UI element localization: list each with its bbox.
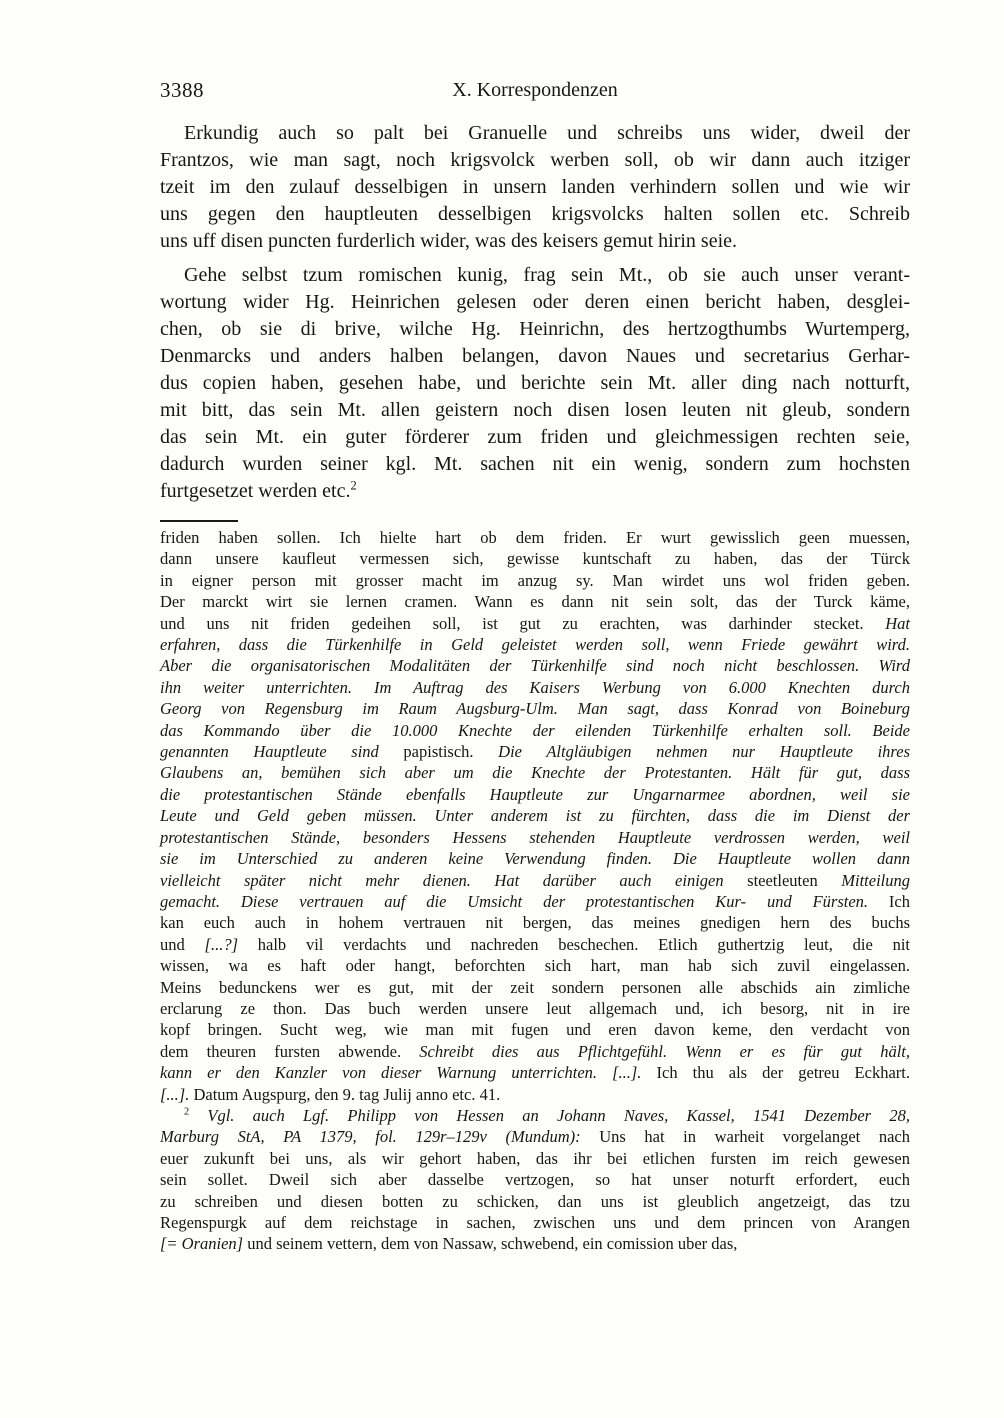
text-line: gemacht. Diese vertrauen auf die Umsicht… — [160, 891, 910, 912]
text-segment: Mitteilung — [841, 871, 910, 890]
text-segment: sie im Unterschied zu anderen keine Verw… — [160, 849, 910, 868]
text-line: vielleicht später nicht mehr dienen. Hat… — [160, 870, 910, 891]
text-segment: in eigner person mit grosser macht im an… — [160, 571, 910, 590]
text-segment: und uns nit friden gedeihen soll, ist gu… — [160, 614, 885, 633]
text-line: euer zukunft bei uns, als wir gehort hab… — [160, 1148, 910, 1169]
text-segment: [...?] — [205, 935, 238, 954]
text-line: das sein Mt. ein guter förderer zum frid… — [160, 424, 910, 451]
main-text: Erkundig auch so palt bei Granuelle und … — [160, 120, 910, 505]
text-line: Meins bedunckens wer es gut, mit der zei… — [160, 977, 910, 998]
text-segment: dann unsere kaufleut vermessen sich, gew… — [160, 549, 910, 568]
body-paragraph: Erkundig auch so palt bei Granuelle und … — [160, 120, 910, 255]
text-line: und uns nit friden gedeihen soll, ist gu… — [160, 613, 910, 634]
text-segment: Denmarcks und anders halben belangen, da… — [160, 345, 910, 367]
text-segment: Der marckt wirt sie lernen cramen. Wann … — [160, 592, 910, 611]
text-line: Gehe selbst tzum romischen kunig, frag s… — [160, 262, 910, 289]
text-segment: steetleuten — [747, 871, 841, 890]
text-line: uns gegen den hauptleuten desselbigen kr… — [160, 201, 910, 228]
footnote-reference: 2 — [350, 478, 356, 492]
text-segment: kopf bringen. Sucht weg, wie man mit fug… — [160, 1020, 910, 1039]
text-segment: ihn weiter unterrichten. Im Auftrag des … — [160, 678, 910, 697]
text-line: in eigner person mit grosser macht im an… — [160, 570, 910, 591]
text-line: sie im Unterschied zu anderen keine Verw… — [160, 848, 910, 869]
footnote-continuation: friden haben sollen. Ich hielte hart ob … — [160, 527, 910, 1105]
text-segment: mit bitt, das sein Mt. allen geistern no… — [160, 399, 910, 421]
page-number: 3388 — [160, 78, 204, 103]
book-page: 3388 X. Korrespondenzen Erkundig auch so… — [0, 0, 1004, 1418]
text-segment: furtgesetzet werden etc. — [160, 480, 350, 502]
text-line: uns uff disen puncten furderlich wider, … — [160, 228, 910, 255]
text-segment: Die Altgläubigen nehmen nur Hauptleute i… — [498, 742, 910, 761]
text-segment: Regenspurgk auf dem reichstage in sachen… — [160, 1213, 910, 1232]
text-line: kan euch auch in hohem vertrauen nit ber… — [160, 912, 910, 933]
text-line: dadurch wurden seiner kgl. Mt. sachen ni… — [160, 451, 910, 478]
footnotes-section: friden haben sollen. Ich hielte hart ob … — [160, 527, 910, 1255]
text-segment: papistisch. — [403, 742, 498, 761]
text-line: ihn weiter unterrichten. Im Auftrag des … — [160, 677, 910, 698]
text-line: [...]. Datum Augspurg, den 9. tag Julij … — [160, 1084, 910, 1105]
text-segment: und seinem vettern, dem von Nassaw, schw… — [243, 1234, 737, 1253]
text-line: genannten Hauptleute sind papistisch. Di… — [160, 741, 910, 762]
text-segment: chen, ob sie di brive, wilche Hg. Heinri… — [160, 318, 910, 340]
text-segment: dem theuren fursten abwende. — [160, 1042, 419, 1061]
text-line: Regenspurgk auf dem reichstage in sachen… — [160, 1212, 910, 1233]
text-segment: sein sollet. Dweil sich aber dasselbe ve… — [160, 1170, 910, 1189]
text-segment: Datum Augspurg, den 9. tag Julij anno et… — [189, 1085, 500, 1104]
text-line: Der marckt wirt sie lernen cramen. Wann … — [160, 591, 910, 612]
text-line: friden haben sollen. Ich hielte hart ob … — [160, 527, 910, 548]
footnote-separator-rule — [160, 520, 238, 522]
text-segment: Marburg StA, PA 1379, fol. 129r–129v (Mu… — [160, 1127, 599, 1146]
text-segment: dus copien haben, gesehen habe, und beri… — [160, 372, 910, 394]
text-line: das Kommando über die 10.000 Knechte der… — [160, 720, 910, 741]
text-segment: dadurch wurden seiner kgl. Mt. sachen ni… — [160, 453, 910, 475]
text-line: dus copien haben, gesehen habe, und beri… — [160, 370, 910, 397]
text-segment: Erkundig auch so palt bei Granuelle und … — [184, 122, 910, 144]
text-segment: Georg von Regensburg im Raum Augsburg-Ul… — [160, 699, 910, 718]
text-segment: halb vil verdachts und nachreden beschec… — [238, 935, 910, 954]
text-segment: genannten Hauptleute sind — [160, 742, 403, 761]
text-line: die protestantischen Stände ebenfalls Ha… — [160, 784, 910, 805]
text-segment: Ich — [889, 892, 910, 911]
text-segment: uns uff disen puncten furderlich wider, … — [160, 230, 737, 252]
text-segment: zu schreiben und diesen botten zu schick… — [160, 1192, 910, 1211]
text-segment: Glaubens an, bemühen sich aber um die Kn… — [160, 763, 910, 782]
text-line: furtgesetzet werden etc.2 — [160, 478, 910, 505]
text-line: wortung wider Hg. Heinrichen gelesen ode… — [160, 289, 910, 316]
text-segment: Leute und Geld geben müssen. Unter ander… — [160, 806, 910, 825]
text-segment: Uns hat in warheit vorgelanget nach — [599, 1127, 910, 1146]
text-segment: uns gegen den hauptleuten desselbigen kr… — [160, 203, 910, 225]
text-segment: kann er den Kanzler von dieser Warnung u… — [160, 1063, 657, 1082]
text-line: Marburg StA, PA 1379, fol. 129r–129v (Mu… — [160, 1126, 910, 1147]
text-line: und [...?] halb vil verdachts und nachre… — [160, 934, 910, 955]
text-segment: vielleicht später nicht mehr dienen. Hat… — [160, 871, 747, 890]
text-segment: Vgl. auch Lgf. Philipp von Hessen an Joh… — [189, 1106, 910, 1125]
text-line: mit bitt, das sein Mt. allen geistern no… — [160, 397, 910, 424]
text-line: erfahren, dass die Türkenhilfe in Geld g… — [160, 634, 910, 655]
text-line: chen, ob sie di brive, wilche Hg. Heinri… — [160, 316, 910, 343]
text-segment: die protestantischen Stände ebenfalls Ha… — [160, 785, 910, 804]
text-line: sein sollet. Dweil sich aber dasselbe ve… — [160, 1169, 910, 1190]
text-segment: das sein Mt. ein guter förderer zum frid… — [160, 426, 910, 448]
text-line: [= Oranien] und seinem vettern, dem von … — [160, 1233, 910, 1254]
text-segment: erclarung ze thon. Das buch werden unser… — [160, 999, 910, 1018]
text-line: Frantzos, wie man sagt, noch krigsvolck … — [160, 147, 910, 174]
text-segment: [...]. — [160, 1085, 189, 1104]
text-line: Leute und Geld geben müssen. Unter ander… — [160, 805, 910, 826]
text-segment: Hat — [885, 614, 910, 633]
text-line: zu schreiben und diesen botten zu schick… — [160, 1191, 910, 1212]
text-segment: Aber die organisatorischen Modalitäten d… — [160, 656, 910, 675]
text-segment: friden haben sollen. Ich hielte hart ob … — [160, 528, 910, 547]
text-line: Denmarcks und anders halben belangen, da… — [160, 343, 910, 370]
text-segment: Schreibt dies aus Pflichtgefühl. Wenn er… — [419, 1042, 910, 1061]
text-line: Erkundig auch so palt bei Granuelle und … — [160, 120, 910, 147]
text-line: kopf bringen. Sucht weg, wie man mit fug… — [160, 1019, 910, 1040]
body-paragraph: Gehe selbst tzum romischen kunig, frag s… — [160, 262, 910, 505]
text-segment: kan euch auch in hohem vertrauen nit ber… — [160, 913, 910, 932]
text-segment: das Kommando über die 10.000 Knechte der… — [160, 721, 910, 740]
text-segment: wissen, wa es haft oder hangt, beforchte… — [160, 956, 910, 975]
text-line: Aber die organisatorischen Modalitäten d… — [160, 655, 910, 676]
text-line: kann er den Kanzler von dieser Warnung u… — [160, 1062, 910, 1083]
text-segment: protestantischen Stände, besonders Hesse… — [160, 828, 910, 847]
running-head: X. Korrespondenzen — [160, 78, 910, 102]
text-line: dann unsere kaufleut vermessen sich, gew… — [160, 548, 910, 569]
text-segment: gemacht. Diese vertrauen auf die Umsicht… — [160, 892, 889, 911]
text-segment: Gehe selbst tzum romischen kunig, frag s… — [184, 264, 910, 286]
text-line: protestantischen Stände, besonders Hesse… — [160, 827, 910, 848]
text-segment: erfahren, dass die Türkenhilfe in Geld g… — [160, 635, 910, 654]
text-segment: wortung wider Hg. Heinrichen gelesen ode… — [160, 291, 910, 313]
text-line: Glaubens an, bemühen sich aber um die Kn… — [160, 762, 910, 783]
text-segment: und — [160, 935, 205, 954]
footnote-2: 2 Vgl. auch Lgf. Philipp von Hessen an J… — [160, 1105, 910, 1255]
text-segment: [= Oranien] — [160, 1234, 243, 1253]
text-segment: Ich thu als der getreu Eckhart. — [657, 1063, 911, 1082]
text-line: 2 Vgl. auch Lgf. Philipp von Hessen an J… — [160, 1105, 910, 1126]
text-line: erclarung ze thon. Das buch werden unser… — [160, 998, 910, 1019]
text-segment: tzeit im den zulauf desselbigen in unser… — [160, 176, 910, 198]
text-line: tzeit im den zulauf desselbigen in unser… — [160, 174, 910, 201]
text-line: dem theuren fursten abwende. Schreibt di… — [160, 1041, 910, 1062]
text-line: wissen, wa es haft oder hangt, beforchte… — [160, 955, 910, 976]
text-segment: Meins bedunckens wer es gut, mit der zei… — [160, 978, 910, 997]
text-line: Georg von Regensburg im Raum Augsburg-Ul… — [160, 698, 910, 719]
text-segment: Frantzos, wie man sagt, noch krigsvolck … — [160, 149, 910, 171]
text-segment: euer zukunft bei uns, als wir gehort hab… — [160, 1149, 910, 1168]
page-header: 3388 X. Korrespondenzen — [160, 78, 910, 105]
